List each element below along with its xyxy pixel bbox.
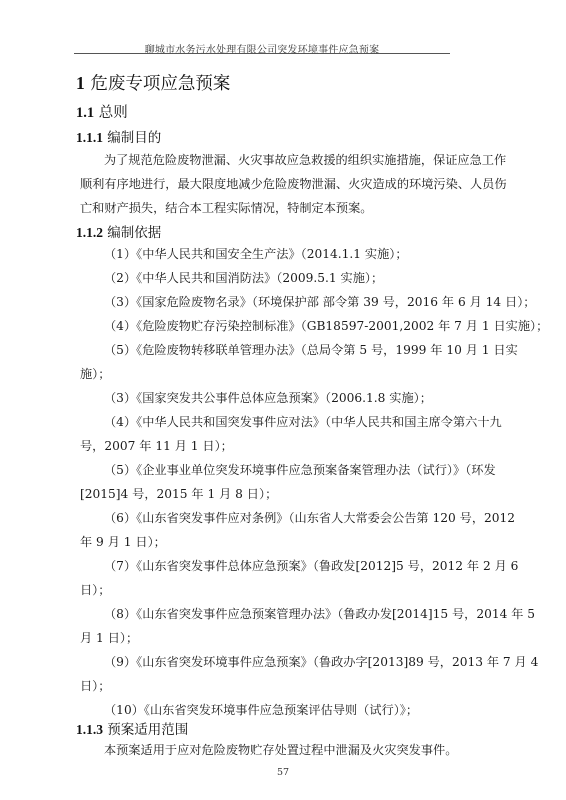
reference-item: （3）《国家突发共公事件总体应急预案》（2006.1.8 实施）； [104,389,432,406]
section-number: 1.1.1 [76,130,103,145]
chapter-number: 1 [76,73,85,93]
section-number: 1.1.2 [76,225,103,240]
reference-item-continued: 月 1 日）； [80,629,138,646]
reference-item: （6）《山东省突发事件应对条例》（山东省人大常委会公告第 120 号，2012 [104,509,515,526]
section-title: 预案适用范围 [107,722,188,738]
reference-item-continued: 施）； [80,365,110,382]
section-heading-1-1-1: 1.1.1 编制目的 [76,126,161,146]
paragraph-line: 顺利有序地进行，最大限度地减少危险废物泄漏、火灾造成的环境污染、人员伤 [80,175,507,192]
reference-item: （5）《企业事业单位突发环境事件应急预案备案管理办法（试行）》（环发 [104,461,496,478]
reference-item-continued: 日）； [80,581,110,598]
reference-item: （1）《中华人民共和国安全生产法》（2014.1.1 实施）； [104,245,408,262]
chapter-heading: 1 危废专项应急预案 [76,70,230,95]
section-heading-1-1-3: 1.1.3 预案适用范围 [76,718,188,738]
reference-item: （3）《国家危险废物名录》（环境保护部 部令第 39 号，2016 年 6 月 … [104,293,535,310]
paragraph-line: 为了规范危险废物泄漏、火灾事故应急救援的组织实施措施，保证应急工作 [104,151,506,168]
reference-item: （4）《危险废物贮存污染控制标准》（GB18597-2001,2002 年 7 … [104,317,548,334]
reference-item: （8）《山东省突发事件应急预案管理办法》（鲁政办发[2014]15 号，2014… [104,605,535,622]
section-heading-1-1: 1.1 总则 [76,101,128,122]
section-number: 1.1 [76,105,94,121]
reference-item-continued: 年 9 月 1 日）； [80,533,166,550]
reference-item-continued: 号，2007 年 11 月 1 日）； [80,437,233,454]
reference-item: （7）《山东省突发事件总体应急预案》（鲁政发[2012]5 号，2012 年 2… [104,557,518,574]
paragraph-line: 本预案适用于应对危险废物贮存处置过程中泄漏及火灾突发事件。 [104,741,457,758]
section-heading-1-1-2: 1.1.2 编制依据 [76,221,161,241]
section-number: 1.1.3 [76,722,103,737]
paragraph-line: 亡和财产损失，结合本工程实际情况，特制定本预案。 [80,199,373,216]
section-title: 编制依据 [107,225,161,241]
reference-item: （9）《山东省突发环境事件应急预案》（鲁政办字[2013]89 号，2013 年… [104,653,538,670]
reference-item: （10）《山东省突发环境事件应急预案评估导则（试行）》； [104,701,418,718]
section-title: 编制目的 [107,130,161,146]
reference-item-continued: 日）； [80,677,110,694]
reference-item-continued: [2015]4 号，2015 年 1 月 8 日）； [80,485,277,502]
reference-item: （5）《危险废物转移联单管理办法》（总局令第 5 号，1999 年 10 月 1… [104,341,518,358]
chapter-title: 危废专项应急预案 [90,74,230,94]
page-number: 57 [0,767,566,778]
reference-item: （4）《中华人民共和国突发事件应对法》（中华人民共和国主席令第六十九 [104,413,502,430]
reference-item: （2）《中华人民共和国消防法》（2009.5.1 实施）； [104,269,383,286]
section-title: 总则 [99,105,128,121]
header-divider [74,53,450,54]
